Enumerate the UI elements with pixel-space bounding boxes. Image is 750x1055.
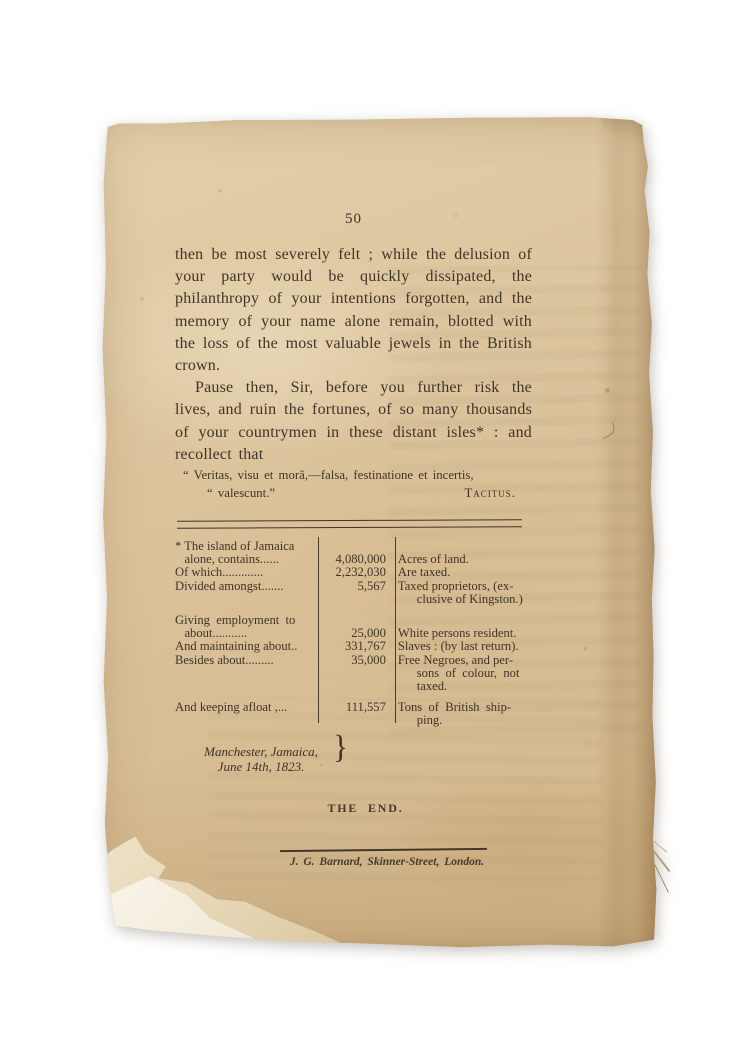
page-number: 50 [175,211,532,228]
row-value: 111,557 [315,701,391,714]
body-text: then be most severely felt ; while the d… [175,244,532,466]
quote-line-1: “ Veritas, visu et morâ,—falsa, festinat… [183,466,528,484]
row-label: * The island of Jamaica alone, contains.… [175,540,315,566]
row-value: 35,000 [315,654,391,667]
printer-imprint: J. G. Barnard, Skinner-Street, London. [227,856,547,868]
table-row: Of which............. 2,232,030 Are taxe… [175,566,547,579]
table-row: Giving employment to about........... 25… [175,614,547,640]
paragraph-pause-then: Pause then, Sir, before you further risk… [175,377,532,466]
foxing-speckles [97,116,658,948]
row-label: Giving employment to about........... [175,614,315,640]
corner-fold-shading [602,117,650,153]
tacitus-quotation: “ Veritas, visu et morâ,—falsa, festinat… [183,466,528,502]
row-label: And keeping afloat ,... [175,701,315,714]
row-value: 5,567 [315,580,391,593]
book-page-paper: 50 then be most severely felt ; while th… [97,116,658,948]
pen-mark [598,422,617,439]
row-label: And maintaining about.. [175,640,315,653]
quote-line-2: “ valescunt.” [183,484,275,502]
row-description: Taxed proprietors, (ex- clusive of Kings… [391,580,547,606]
double-rule-divider [177,519,522,528]
paragraph-continued: then be most severely felt ; while the d… [175,244,532,377]
row-value: 2,232,030 [315,566,391,579]
table-row: And maintaining about.. 331,767 Slaves :… [175,640,547,653]
dateline: Manchester, Jamaica, June 14th, 1823. } [192,745,330,774]
row-description: Slaves : (by last return). [391,640,547,653]
table-row: Besides about......... 35,000 Free Negro… [175,654,547,694]
the-end-label: THE END. [187,801,544,816]
table-column-divider [318,537,319,723]
dateline-date: June 14th, 1823. [192,760,330,775]
dateline-place: Manchester, Jamaica, [192,745,330,760]
table-row: And keeping afloat ,... 111,557 Tons of … [175,701,547,727]
scanned-page-wrapper: 50 then be most severely felt ; while th… [0,0,750,1055]
row-label: Of which............. [175,566,315,579]
row-description: Tons of British ship- ping. [391,701,547,727]
row-value: 331,767 [315,640,391,653]
imprint-rule [280,848,487,852]
table-row: Divided amongst....... 5,567 Taxed propr… [175,580,547,606]
table-row: * The island of Jamaica alone, contains.… [175,540,547,566]
row-label: Besides about......... [175,654,315,667]
quote-attribution: Tacitus. [464,484,528,502]
footnote-statistics-table: * The island of Jamaica alone, contains.… [175,537,547,729]
table-column-divider [395,537,396,723]
row-label: Divided amongst....... [175,580,315,593]
row-description: Are taxed. [391,566,547,579]
row-description: Free Negroes, and per- sons of colour, n… [391,654,547,694]
dateline-brace: } [333,740,348,755]
